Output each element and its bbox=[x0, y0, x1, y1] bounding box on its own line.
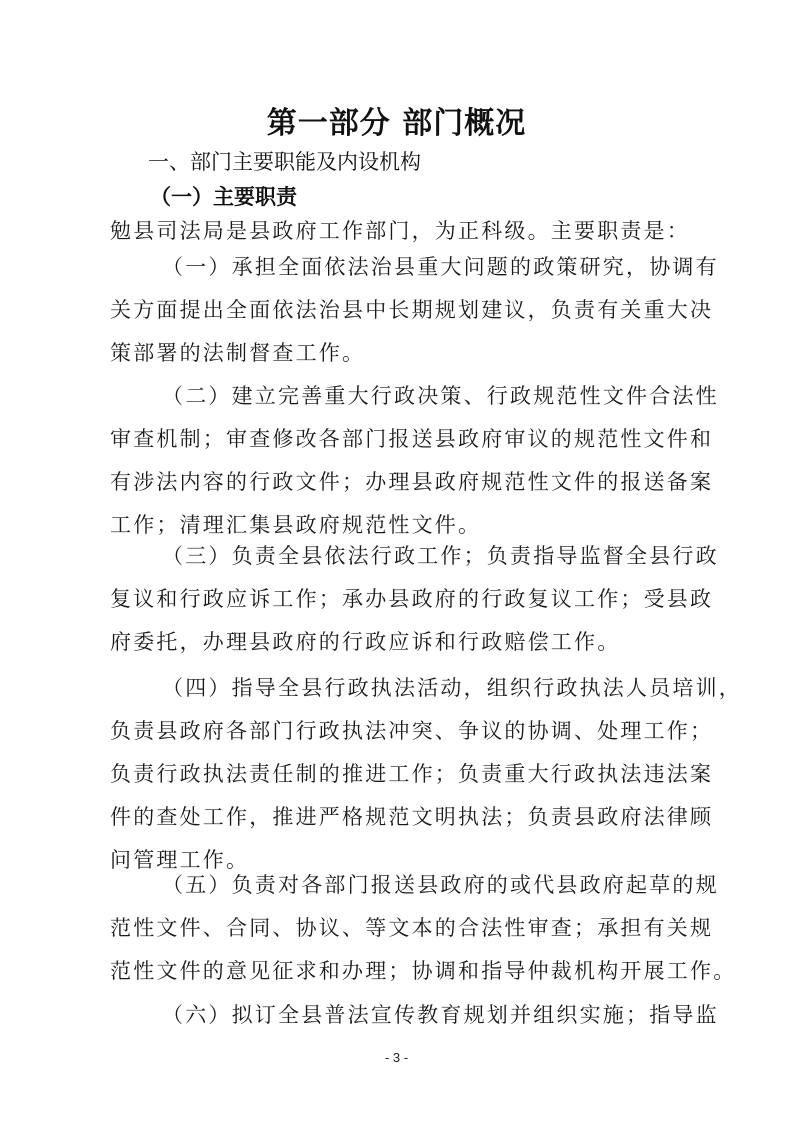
text-line: 有涉法内容的行政文件；办理县政府规范性文件的报送备案 bbox=[110, 461, 690, 504]
text-line: （五）负责对各部门报送县政府的或代县政府起草的规 bbox=[110, 864, 690, 907]
text-line: （六）拟订全县普法宣传教育规划并组织实施；指导监 bbox=[110, 994, 690, 1037]
paragraph-1: （一）承担全面依法治县重大问题的政策研究，协调有 关方面提出全面依法治县中长期规… bbox=[110, 246, 690, 375]
paragraph-6: （六）拟订全县普法宣传教育规划并组织实施；指导监 bbox=[110, 994, 690, 1037]
text-line: （一）承担全面依法治县重大问题的政策研究，协调有 bbox=[110, 246, 690, 289]
paragraph-2: （二）建立完善重大行政决策、行政规范性文件合法性 审查机制；审查修改各部门报送县… bbox=[110, 375, 690, 547]
text-line: 范性文件、合同、协议、等文本的合法性审查；承担有关规 bbox=[110, 907, 690, 950]
page-number: - 3 - bbox=[0, 1050, 793, 1065]
text-line: 负责县政府各部门行政执法冲突、争议的协调、处理工作； bbox=[110, 710, 690, 753]
paragraph-4: （四）指导全县行政执法活动，组织行政执法人员培训， 负责县政府各部门行政执法冲突… bbox=[110, 667, 690, 882]
text-line: （四）指导全县行政执法活动，组织行政执法人员培训， bbox=[110, 667, 690, 710]
text-line: 件的查处工作，推进严格规范文明执法；负责县政府法律顾 bbox=[110, 796, 690, 839]
text-line: 关方面提出全面依法治县中长期规划建议，负责有关重大决 bbox=[110, 289, 690, 332]
text-line: （二）建立完善重大行政决策、行政规范性文件合法性 bbox=[110, 375, 690, 418]
text-line: 范性文件的意见征求和办理；协调和指导仲裁机构开展工作。 bbox=[110, 950, 690, 993]
text-line: 复议和行政应诉工作；承办县政府的行政复议工作；受县政 bbox=[110, 578, 690, 621]
text-line: 策部署的法制督查工作。 bbox=[110, 332, 690, 375]
subsection-heading: （一）主要职责 bbox=[150, 181, 297, 211]
page-title: 第一部分 部门概况 bbox=[0, 98, 793, 142]
text-line: 府委托，办理县政府的行政应诉和行政赔偿工作。 bbox=[110, 621, 690, 664]
text-line: 负责行政执法责任制的推进工作；负责重大行政执法违法案 bbox=[110, 753, 690, 796]
intro-paragraph: 勉县司法局是县政府工作部门，为正科级。主要职责是： bbox=[110, 215, 690, 245]
paragraph-3: （三）负责全县依法行政工作；负责指导监督全县行政 复议和行政应诉工作；承办县政府… bbox=[110, 535, 690, 664]
text-line: （三）负责全县依法行政工作；负责指导监督全县行政 bbox=[110, 535, 690, 578]
document-page: 第一部分 部门概况 一、部门主要职能及内设机构 （一）主要职责 勉县司法局是县政… bbox=[0, 0, 793, 1122]
section-heading: 一、部门主要职能及内设机构 bbox=[148, 146, 421, 176]
text-line: 审查机制；审查修改各部门报送县政府审议的规范性文件和 bbox=[110, 418, 690, 461]
paragraph-5: （五）负责对各部门报送县政府的或代县政府起草的规 范性文件、合同、协议、等文本的… bbox=[110, 864, 690, 993]
